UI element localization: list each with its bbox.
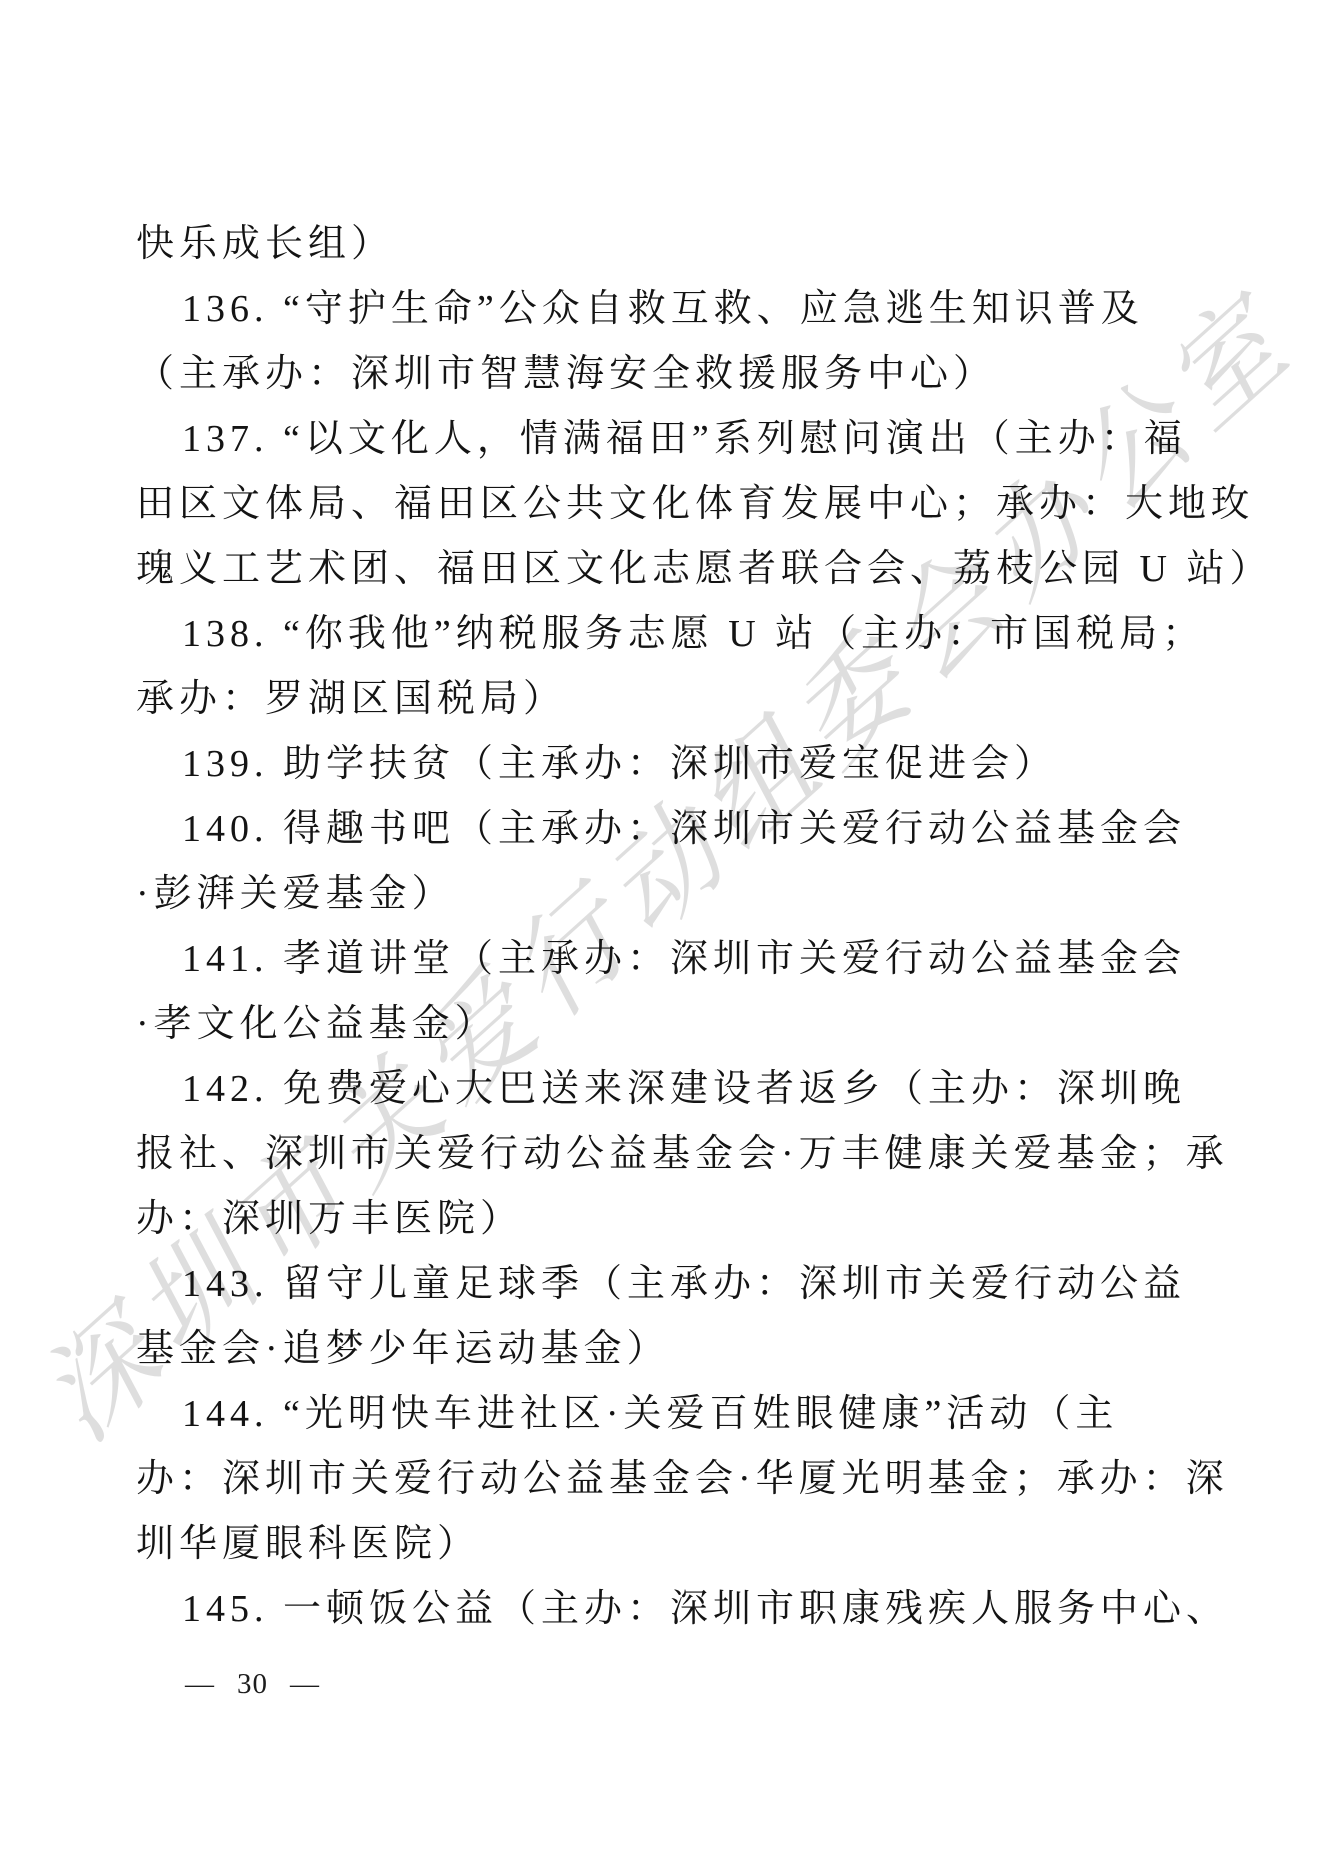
document-line: 137. “以文化人，情满福田”系列慰问演出（主办：福	[136, 407, 1188, 472]
footer-dash-right: —	[290, 1668, 320, 1701]
document-line: 瑰义工艺术团、福田区文化志愿者联合会、荔枝公园 U 站）	[136, 537, 1188, 602]
document-line: 基金会·追梦少年运动基金）	[136, 1317, 1188, 1382]
document-line: 田区文体局、福田区公共文化体育发展中心；承办：大地玫	[136, 472, 1188, 537]
document-line: 145. 一顿饭公益（主办：深圳市职康残疾人服务中心、	[136, 1577, 1188, 1642]
document-line: 142. 免费爱心大巴送来深建设者返乡（主办：深圳晚	[136, 1057, 1188, 1122]
document-line: 办：深圳万丰医院）	[136, 1187, 1188, 1252]
document-line: 136. “守护生命”公众自救互救、应急逃生知识普及	[136, 277, 1188, 342]
page-number: 30	[237, 1668, 268, 1701]
document-line: 143. 留守儿童足球季（主承办：深圳市关爱行动公益	[136, 1252, 1188, 1317]
document-line: 办：深圳市关爱行动公益基金会·华厦光明基金；承办：深	[136, 1447, 1188, 1512]
document-line: 承办：罗湖区国税局）	[136, 667, 1188, 732]
document-line: 141. 孝道讲堂（主承办：深圳市关爱行动公益基金会	[136, 927, 1188, 992]
document-line: 报社、深圳市关爱行动公益基金会·万丰健康关爱基金；承	[136, 1122, 1188, 1187]
document-line: 快乐成长组）	[136, 212, 1188, 277]
document-line: 圳华厦眼科医院）	[136, 1512, 1188, 1577]
document-line: ·孝文化公益基金）	[136, 992, 1188, 1057]
document-page: 深圳市关爱行动组委会办公室 快乐成长组）136. “守护生命”公众自救互救、应急…	[0, 0, 1323, 1871]
document-line: 144. “光明快车进社区·关爱百姓眼健康”活动（主	[136, 1382, 1188, 1447]
document-line: ·彭湃关爱基金）	[136, 862, 1188, 927]
document-line: （主承办：深圳市智慧海安全救援服务中心）	[136, 342, 1188, 407]
document-line: 138. “你我他”纳税服务志愿 U 站（主办：市国税局；	[136, 602, 1188, 667]
document-line: 140. 得趣书吧（主承办：深圳市关爱行动公益基金会	[136, 797, 1188, 862]
page-footer: — 30 —	[185, 1668, 320, 1701]
document-line: 139. 助学扶贫（主承办：深圳市爱宝促进会）	[136, 732, 1188, 797]
footer-dash-left: —	[185, 1668, 215, 1701]
document-body: 快乐成长组）136. “守护生命”公众自救互救、应急逃生知识普及（主承办：深圳市…	[136, 212, 1188, 1642]
